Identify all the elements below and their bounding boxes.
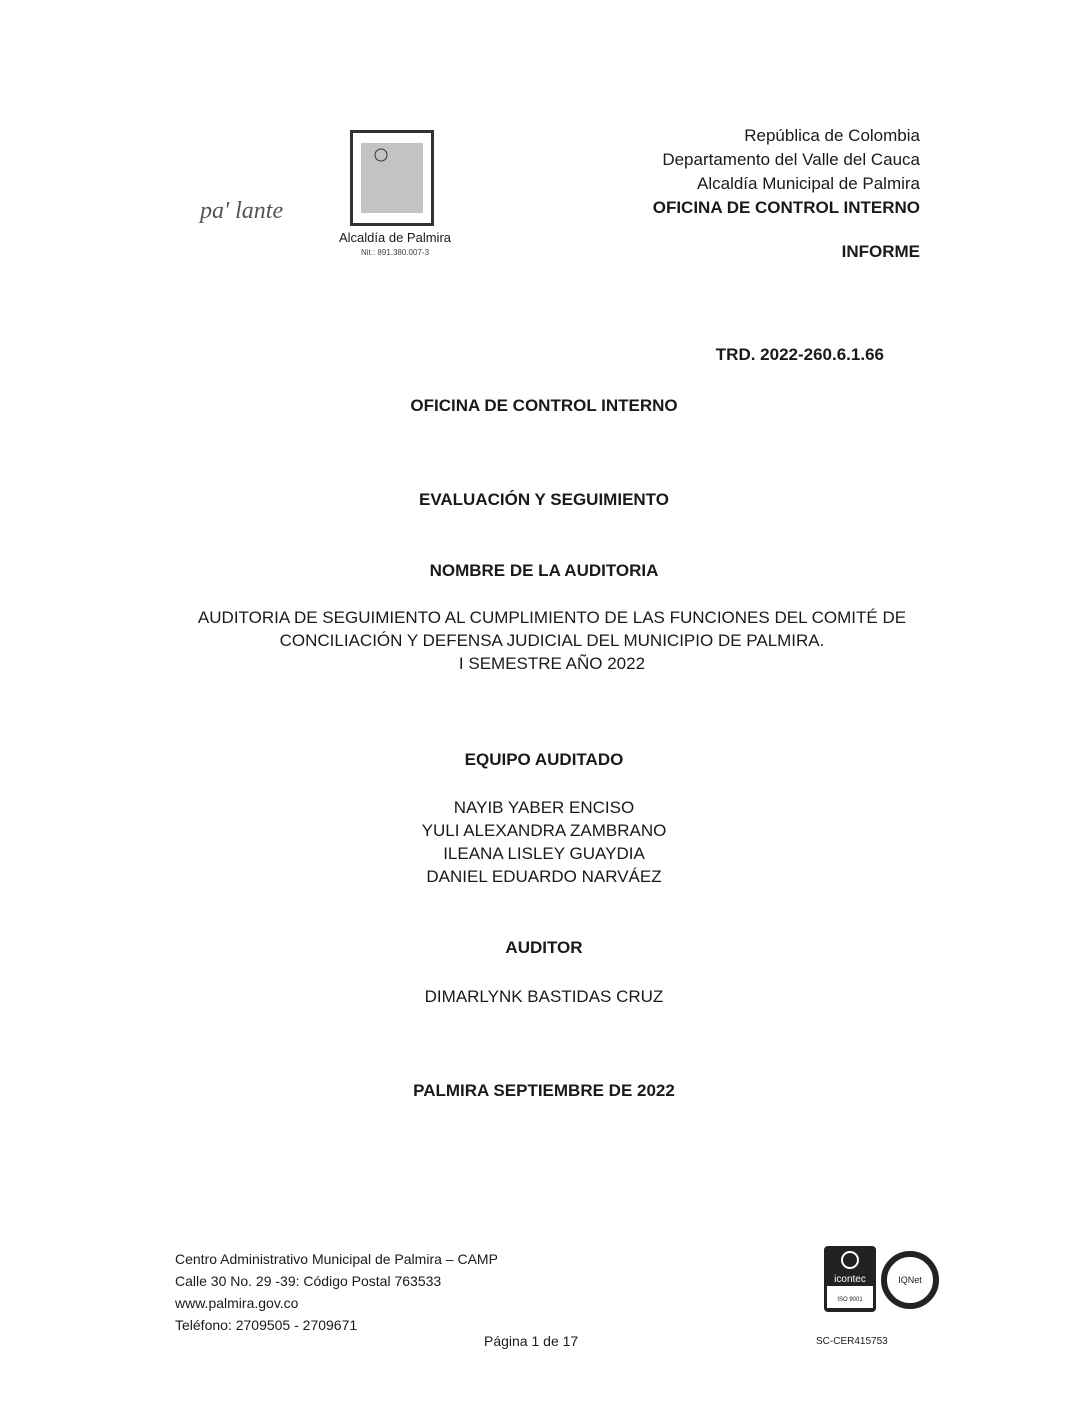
team-member: ILEANA LISLEY GUAYDIA — [0, 842, 1088, 865]
logo-name: Alcaldía de Palmira — [330, 230, 460, 245]
office: OFICINA DE CONTROL INTERNO — [653, 196, 920, 220]
auditor-name: DIMARLYNK BASTIDAS CRUZ — [0, 985, 1088, 1008]
slogan-logo: pa' lante — [190, 168, 320, 238]
cert-code: SC-CER415753 — [816, 1336, 888, 1347]
team-member: YULI ALEXANDRA ZAMBRANO — [0, 819, 1088, 842]
audit-name-label: NOMBRE DE LA AUDITORIA — [0, 561, 1088, 581]
department: Departamento del Valle del Cauca — [653, 148, 920, 172]
svg-text:IQNet: IQNet — [898, 1275, 922, 1285]
audit-name: AUDITORIA DE SEGUIMIENTO AL CUMPLIMIENTO… — [8, 606, 1088, 675]
svg-text:icontec: icontec — [834, 1274, 866, 1285]
auditor-label: AUDITOR — [0, 938, 1088, 958]
place-date: PALMIRA SEPTIEMBRE DE 2022 — [0, 1081, 1088, 1101]
coat-of-arms-icon — [350, 130, 434, 226]
team-member: NAYIB YABER ENCISO — [0, 796, 1088, 819]
team-member: DANIEL EDUARDO NARVÁEZ — [0, 865, 1088, 888]
svg-text:pa' lante: pa' lante — [198, 198, 283, 224]
country: República de Colombia — [653, 124, 920, 148]
team-label: EQUIPO AUDITADO — [0, 750, 1088, 770]
team-list: NAYIB YABER ENCISO YULI ALEXANDRA ZAMBRA… — [0, 796, 1088, 888]
logo-nit: Nit.: 891.380.007-3 — [330, 248, 460, 257]
municipality: Alcaldía Municipal de Palmira — [653, 172, 920, 196]
section-title: EVALUACIÓN Y SEGUIMIENTO — [0, 490, 1088, 510]
svg-text:ISO 9001: ISO 9001 — [837, 1297, 863, 1303]
footer-address: Centro Administrativo Municipal de Palmi… — [175, 1248, 498, 1336]
doc-type: INFORME — [842, 242, 920, 262]
page-number: Página 1 de 17 — [484, 1333, 578, 1349]
website-link[interactable]: www.palmira.gov.co — [175, 1295, 298, 1311]
trd-code: TRD. 2022-260.6.1.66 — [716, 345, 884, 365]
header-block: República de Colombia Departamento del V… — [653, 124, 920, 220]
certification-logos-icon: icontec ISO 9001 IQNet — [822, 1244, 942, 1329]
body-office: OFICINA DE CONTROL INTERNO — [0, 396, 1088, 416]
